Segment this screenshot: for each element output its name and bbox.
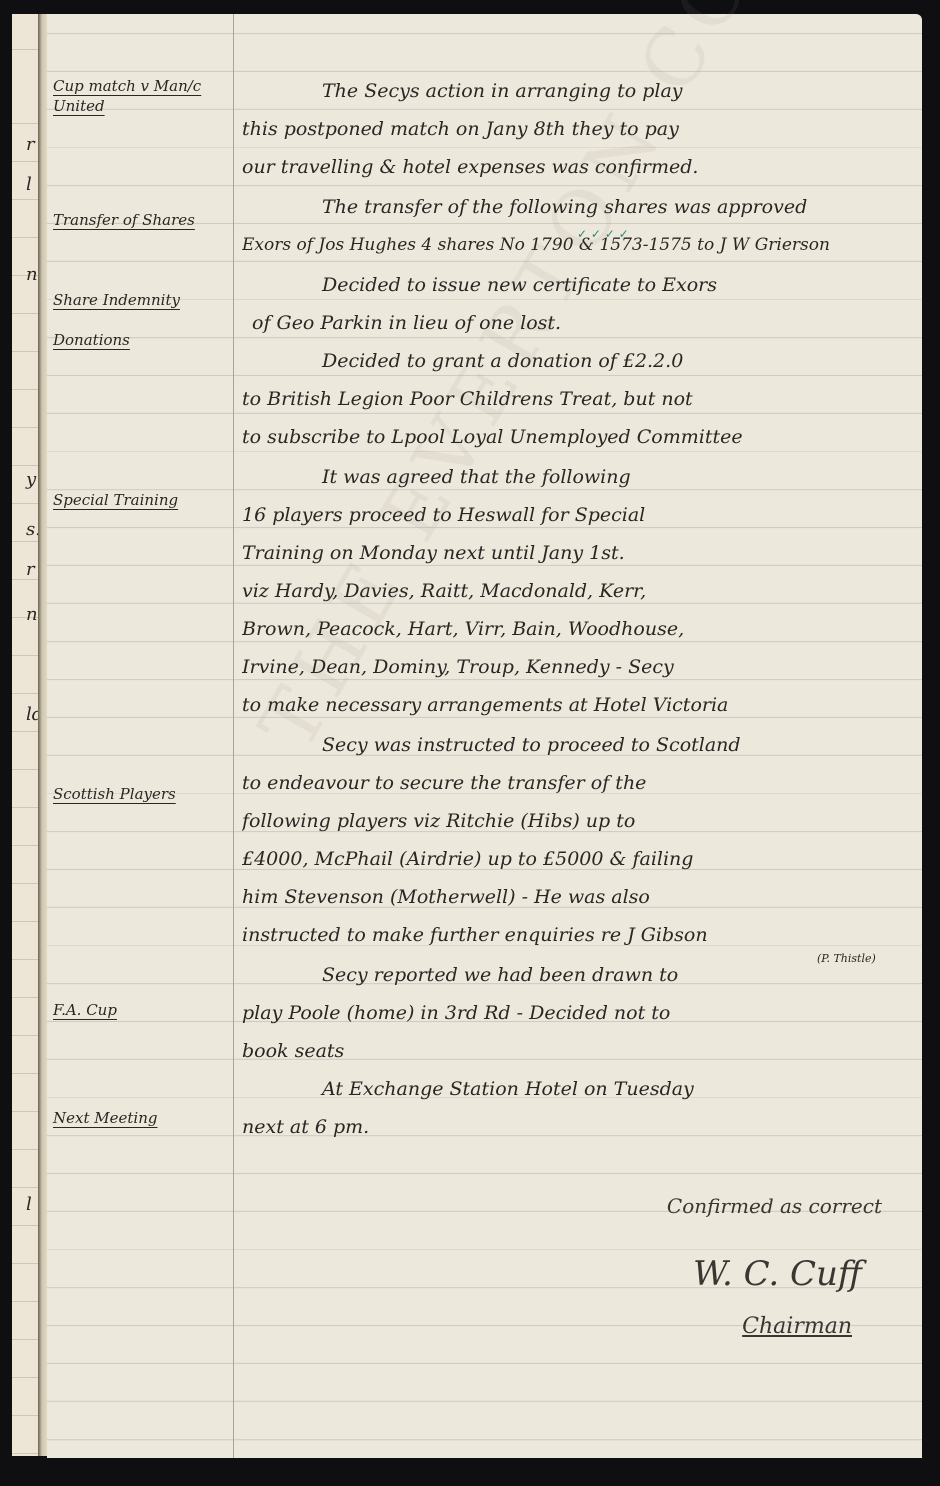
minute-line: this postponed match on Jany 8th they to… <box>242 114 912 144</box>
facing-page-glyph: y <box>26 469 36 490</box>
minute-line: to British Legion Poor Childrens Treat, … <box>242 384 912 414</box>
facing-page-glyph: n <box>26 604 38 625</box>
minute-line: viz Hardy, Davies, Raitt, Macdonald, Ker… <box>242 576 912 606</box>
facing-page-glyph: r <box>26 134 35 155</box>
minute-line: following players viz Ritchie (Hibs) up … <box>242 806 912 836</box>
margin-note-cup-match: Cup match v Man/c United <box>53 76 231 116</box>
margin-note-special-training: Special Training <box>53 490 231 510</box>
minute-line: Decided to grant a donation of £2.2.0 <box>242 346 940 376</box>
minute-line: £4000, McPhail (Airdrie) up to £5000 & f… <box>242 844 912 874</box>
red-margin-rule <box>233 14 234 1458</box>
minute-line: Secy reported we had been drawn to <box>242 960 940 990</box>
minute-line: Training on Monday next until Jany 1st. <box>242 538 912 568</box>
minute-line: Exors of Jos Hughes 4 shares No 1790 & 1… <box>242 230 912 260</box>
minute-line: The Secys action in arranging to play <box>242 76 940 106</box>
confirmation-text: Confirmed as correct <box>667 1194 882 1218</box>
minute-line: him Stevenson (Motherwell) - He was also <box>242 882 912 912</box>
facing-page-glyph: l <box>26 1194 32 1215</box>
minute-line: 16 players proceed to Heswall for Specia… <box>242 500 912 530</box>
minute-book-page: THE EVERTON COLLECTION CHARITABLE TRUST … <box>47 14 922 1458</box>
facing-page-glyph: r <box>26 559 35 580</box>
minute-line: instructed to make further enquiries re … <box>242 920 912 950</box>
margin-note-transfer-shares: Transfer of Shares <box>53 210 231 230</box>
minute-line: our travelling & hotel expenses was conf… <box>242 152 912 182</box>
minute-line: Decided to issue new certificate to Exor… <box>242 270 940 300</box>
minute-line: It was agreed that the following <box>242 462 940 492</box>
minute-line: to make necessary arrangements at Hotel … <box>242 690 912 720</box>
minute-line: of Geo Parkin in lieu of one lost. <box>242 308 922 338</box>
margin-note-fa-cup: F.A. Cup <box>53 1000 231 1020</box>
margin-note-next-meeting: Next Meeting <box>53 1108 231 1128</box>
margin-note-scottish-players: Scottish Players <box>53 784 231 804</box>
minute-line: At Exchange Station Hotel on Tuesday <box>242 1074 940 1104</box>
minute-line: to subscribe to Lpool Loyal Unemployed C… <box>242 422 912 452</box>
minute-line: Irvine, Dean, Dominy, Troup, Kennedy - S… <box>242 652 912 682</box>
facing-page-glyph: n <box>26 264 38 285</box>
minute-line: next at 6 pm. <box>242 1112 912 1142</box>
minute-line: book seats <box>242 1036 912 1066</box>
minute-line: Secy was instructed to proceed to Scotla… <box>242 730 940 760</box>
minute-line: to endeavour to secure the transfer of t… <box>242 768 912 798</box>
minute-line: play Poole (home) in 3rd Rd - Decided no… <box>242 998 912 1028</box>
minute-line: Brown, Peacock, Hart, Virr, Bain, Woodho… <box>242 614 912 644</box>
margin-note-donations: Donations <box>53 330 231 350</box>
chairman-title: Chairman <box>742 1314 852 1339</box>
margin-note-share-indemnity: Share Indemnity <box>53 290 231 310</box>
facing-page-glyph: l <box>26 174 32 195</box>
chairman-signature: W. C. Cuff <box>693 1254 862 1294</box>
